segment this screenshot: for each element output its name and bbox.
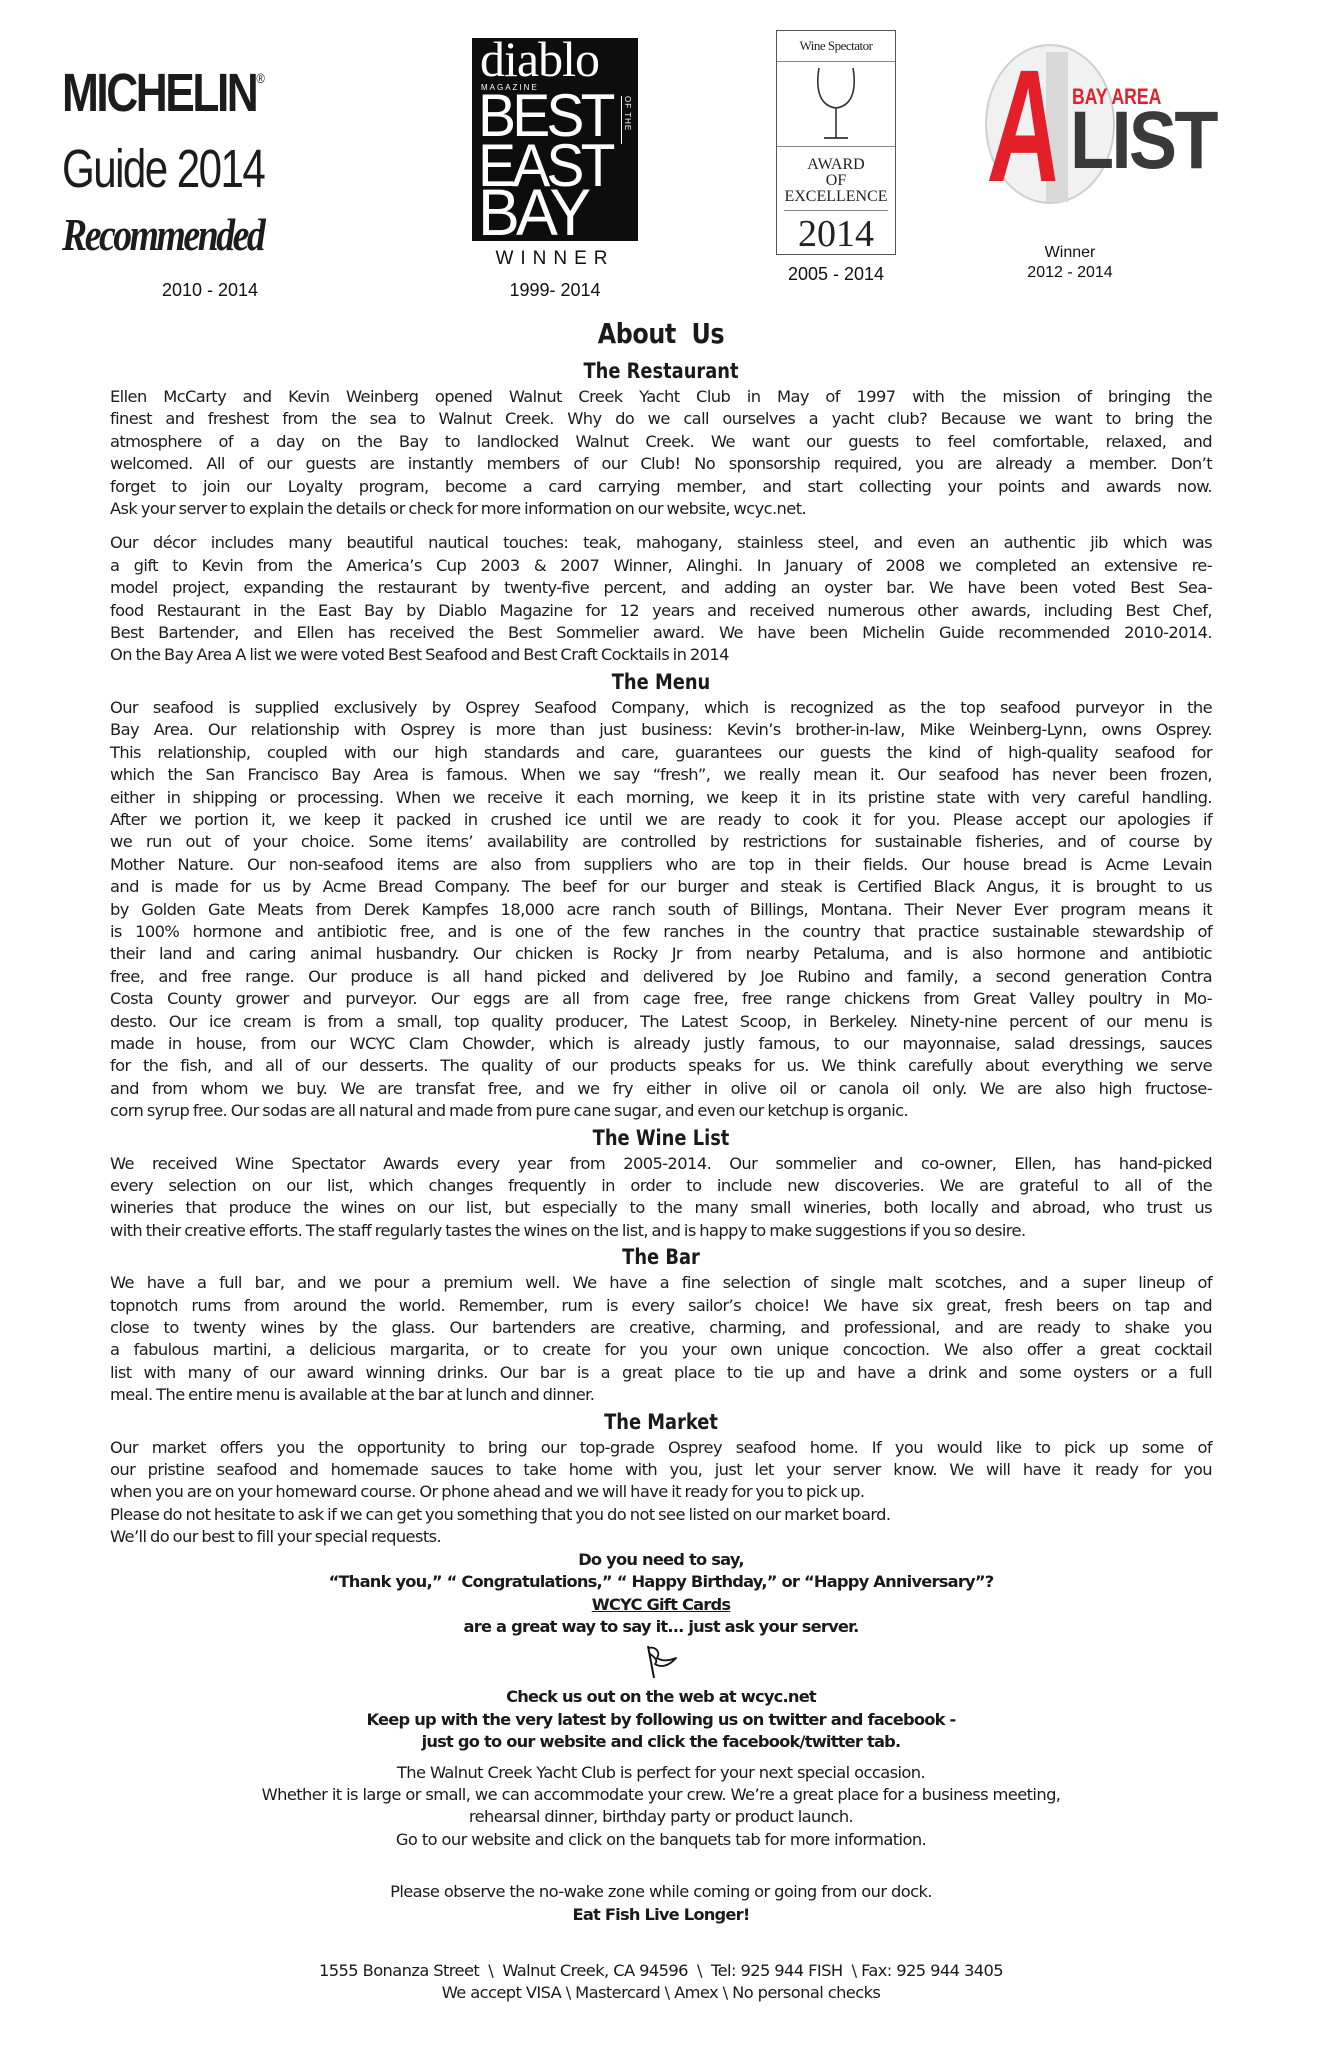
text-line: is 100% hormone and antibiotic free, and… xyxy=(110,921,1212,943)
text-line: with their creative efforts. The staff r… xyxy=(110,1220,1212,1242)
text-line: we run out of your choice. Some items’ a… xyxy=(110,831,1212,853)
restaurant-paragraph-1: Ellen McCarty and Kevin Weinberg opened … xyxy=(110,386,1212,520)
dock-notice-block: Please observe the no-wake zone while co… xyxy=(110,1881,1212,1926)
text-line: Ask your server to explain the details o… xyxy=(110,498,1212,520)
award-line-1: AWARD xyxy=(777,157,895,173)
events-line-4: Go to our website and click on the banqu… xyxy=(110,1829,1212,1851)
social-line-2: just go to our website and click the fac… xyxy=(110,1731,1212,1753)
awards-logo-row: MICHELIN® Guide 2014 Recommended 2010 - … xyxy=(0,0,1325,305)
wine-award-text: AWARD OF EXCELLENCE xyxy=(777,157,895,205)
text-line: Our décor includes many beautiful nautic… xyxy=(110,532,1212,554)
text-line: We have a full bar, and we pour a premiu… xyxy=(110,1272,1212,1294)
a-list-winner: Winner xyxy=(1005,244,1135,262)
text-line: Mother Nature. Our non-seafood items are… xyxy=(110,854,1212,876)
text-line: free, and free range. Our produce is all… xyxy=(110,966,1212,988)
about-us-content: About Us The Restaurant Ellen McCarty an… xyxy=(110,312,1212,2005)
text-line: Costa County grower and purveyor. Our eg… xyxy=(110,988,1212,1010)
events-line-1: The Walnut Creek Yacht Club is perfect f… xyxy=(110,1762,1212,1784)
text-line: Ellen McCarty and Kevin Weinberg opened … xyxy=(110,386,1212,408)
gift-cards-link[interactable]: WCYC Gift Cards xyxy=(110,1594,1212,1616)
bar-heading: The Bar xyxy=(193,1242,1130,1272)
text-line: Please do not hesitate to ask if we can … xyxy=(110,1504,1212,1526)
text-line: by Golden Gate Meats from Derek Kampfes … xyxy=(110,899,1212,921)
text-line: meal. The entire menu is available at th… xyxy=(110,1384,1212,1406)
text-line: topnotch rums from around the world. Rem… xyxy=(110,1295,1212,1317)
text-line: made in house, from our WCYC Clam Chowde… xyxy=(110,1033,1212,1055)
text-line: On the Bay Area A list we were voted Bes… xyxy=(110,644,1212,666)
text-line: Bay Area. Our relationship with Osprey i… xyxy=(110,719,1212,741)
text-line: welcomed. All of our guests are instantl… xyxy=(110,453,1212,475)
wine-spectator-title: Wine Spectator xyxy=(777,31,895,62)
text-line: list with many of our award winning drin… xyxy=(110,1362,1212,1384)
michelin-brand-text: MICHELIN xyxy=(62,63,256,123)
text-line: We’ll do our best to fill your special r… xyxy=(110,1526,1212,1548)
diablo-best-of-east-bay-logo: diablo MAGAZINE BEST OF THE EAST BAY xyxy=(472,38,638,241)
gift-line-2: “Thank you,” “ Congratulations,” “ Happy… xyxy=(110,1571,1212,1593)
text-line: and from whom we buy. We are transfat fr… xyxy=(110,1078,1212,1100)
gift-line-4: are a great way to say it... just ask yo… xyxy=(110,1616,1212,1638)
text-line: which the San Francisco Bay Area is famo… xyxy=(110,764,1212,786)
wine-divider xyxy=(784,210,888,211)
website-line[interactable]: Check us out on the web at wcyc.net xyxy=(110,1686,1212,1708)
text-line: Our market offers you the opportunity to… xyxy=(110,1437,1212,1459)
a-list-list: LIST xyxy=(1070,100,1216,182)
page-title: About Us xyxy=(193,312,1130,356)
pennant-flag-icon xyxy=(643,1642,679,1680)
michelin-guide-logo: MICHELIN® Guide 2014 Recommended xyxy=(62,48,282,261)
diablo-winner-label: WINNER xyxy=(472,248,638,270)
text-line: when you are on your homeward course. Or… xyxy=(110,1481,1212,1503)
menu-heading: The Menu xyxy=(193,667,1130,697)
bay-area-a-list-logo: A BAY AREA LIST xyxy=(980,40,1195,215)
bar-paragraph: We have a full bar, and we pour a premiu… xyxy=(110,1272,1212,1406)
market-heading: The Market xyxy=(193,1407,1130,1437)
text-line: finest and freshest from the sea to Waln… xyxy=(110,408,1212,430)
text-line: and is made for us by Acme Bread Company… xyxy=(110,876,1212,898)
text-line: close to twenty wines by the glass. Our … xyxy=(110,1317,1212,1339)
michelin-wordmark: MICHELIN® xyxy=(62,48,242,123)
diablo-of-the: OF THE xyxy=(621,96,632,144)
text-line: desto. Our ice cream is from a small, to… xyxy=(110,1011,1212,1033)
michelin-years: 2010 - 2014 xyxy=(110,280,310,301)
gift-card-promo: Do you need to say, “Thank you,” “ Congr… xyxy=(110,1549,1212,1639)
text-line: their land and caring animal husbandry. … xyxy=(110,943,1212,965)
web-social-block: Check us out on the web at wcyc.net Keep… xyxy=(110,1686,1212,1753)
registered-mark: ® xyxy=(256,70,264,86)
slogan: Eat Fish Live Longer! xyxy=(110,1904,1212,1926)
text-line: wineries that produce the wines on our l… xyxy=(110,1197,1212,1219)
award-line-2: OF xyxy=(777,173,895,189)
award-line-3: EXCELLENCE xyxy=(777,189,895,205)
no-wake-notice: Please observe the no-wake zone while co… xyxy=(110,1881,1212,1903)
a-list-letter-a: A xyxy=(985,46,1067,206)
text-line: corn syrup free. Our sodas are all natur… xyxy=(110,1100,1212,1122)
text-line: forget to join our Loyalty program, beco… xyxy=(110,476,1212,498)
text-line: our pristine seafood and homemade sauces… xyxy=(110,1459,1212,1481)
text-line: Our seafood is supplied exclusively by O… xyxy=(110,697,1212,719)
restaurant-heading: The Restaurant xyxy=(193,356,1130,386)
michelin-recommended: Recommended xyxy=(62,209,242,261)
text-line: either in shipping or processing. When w… xyxy=(110,787,1212,809)
wine-list-heading: The Wine List xyxy=(193,1123,1130,1153)
text-line: atmosphere of a day on the Bay to landlo… xyxy=(110,431,1212,453)
events-block: The Walnut Creek Yacht Club is perfect f… xyxy=(110,1762,1212,1852)
text-line: After we portion it, we keep it packed i… xyxy=(110,809,1212,831)
address-line: 1555 Bonanza Street \ Walnut Creek, CA 9… xyxy=(110,1960,1212,1982)
market-paragraph: Our market offers you the opportunity to… xyxy=(110,1437,1212,1549)
footer: 1555 Bonanza Street \ Walnut Creek, CA 9… xyxy=(110,1960,1212,2005)
text-line: We received Wine Spectator Awards every … xyxy=(110,1153,1212,1175)
text-line: for the fish, and all of our desserts. T… xyxy=(110,1055,1212,1077)
events-line-2: Whether it is large or small, we can acc… xyxy=(110,1784,1212,1806)
wine-spectator-award-logo: Wine Spectator AWARD OF EXCELLENCE 2014 xyxy=(776,30,896,255)
diablo-bay: BAY xyxy=(478,186,587,238)
wine-award-year: 2014 xyxy=(777,214,895,254)
menu-paragraph: Our seafood is supplied exclusively by O… xyxy=(110,697,1212,1123)
michelin-guide-year: Guide 2014 xyxy=(62,139,234,199)
text-line: This relationship, coupled with our high… xyxy=(110,742,1212,764)
text-line: model project, expanding the restaurant … xyxy=(110,577,1212,599)
paragraph-gap xyxy=(110,520,1212,532)
a-list-years: 2012 - 2014 xyxy=(1005,264,1135,282)
text-line: a gift to Kevin from the America’s Cup 2… xyxy=(110,555,1212,577)
text-line: food Restaurant in the East Bay by Diabl… xyxy=(110,600,1212,622)
gift-line-1: Do you need to say, xyxy=(110,1549,1212,1571)
restaurant-paragraph-2: Our décor includes many beautiful nautic… xyxy=(110,532,1212,666)
text-line: Best Bartender, and Ellen has received t… xyxy=(110,622,1212,644)
wine-spectator-years: 2005 - 2014 xyxy=(736,264,936,285)
wine-list-paragraph: We received Wine Spectator Awards every … xyxy=(110,1153,1212,1243)
text-line: every selection on our list, which chang… xyxy=(110,1175,1212,1197)
diablo-years: 1999- 2014 xyxy=(455,280,655,301)
wine-glass-icon xyxy=(777,62,895,147)
payment-line: We accept VISA \ Mastercard \ Amex \ No … xyxy=(110,1982,1212,2004)
events-line-3: rehearsal dinner, birthday party or prod… xyxy=(110,1806,1212,1828)
social-line-1: Keep up with the very latest by followin… xyxy=(110,1709,1212,1731)
text-line: a fabulous martini, a delicious margarit… xyxy=(110,1339,1212,1361)
diablo-wordmark: diablo xyxy=(480,38,599,86)
